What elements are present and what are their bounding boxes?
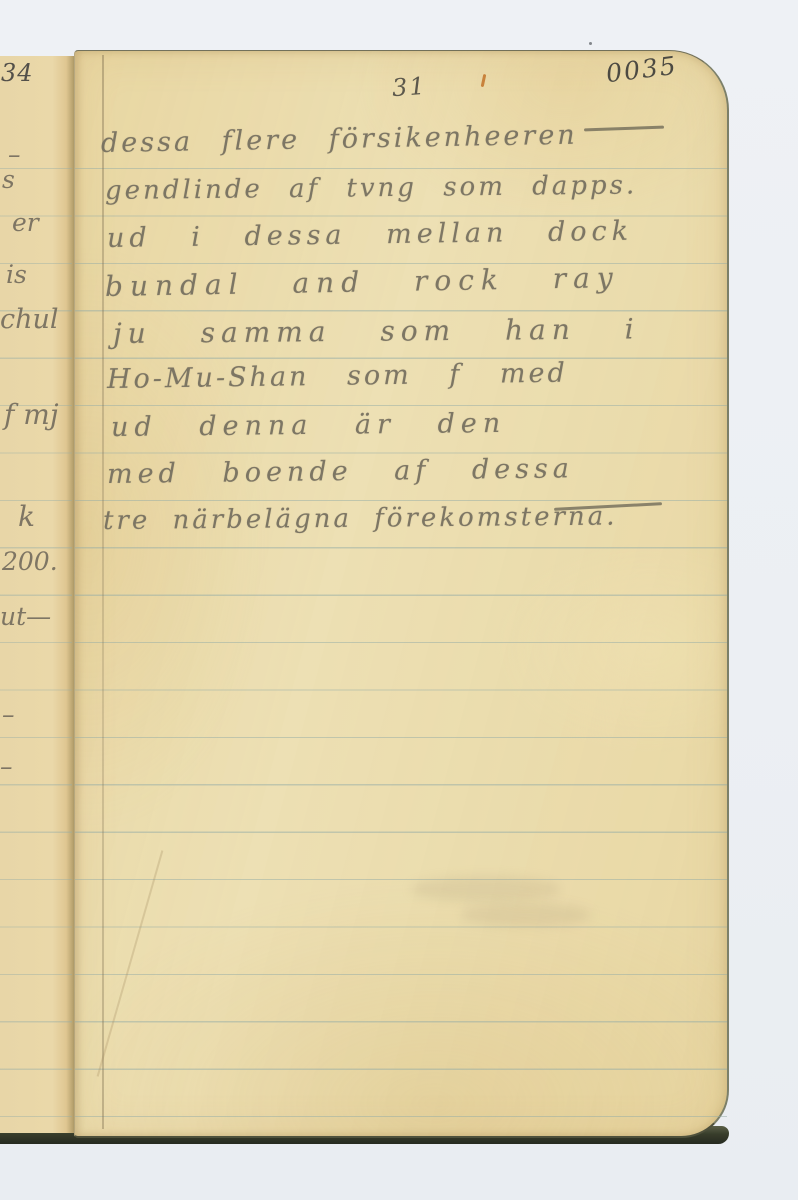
paper-fiber-speck — [481, 74, 486, 87]
handwritten-line: tre närbelägna förekomsterna. — [103, 502, 618, 536]
margin-text-fragment: – — [0, 752, 13, 781]
dust-speck — [589, 42, 592, 45]
margin-text-fragment: is — [6, 260, 27, 289]
binding-seam-line — [102, 55, 104, 1129]
pencil-stroke — [584, 126, 664, 131]
previous-page-edge: 34 – s er is chul f mj k 200. ut— – – — [0, 56, 77, 1133]
scanned-notebook-photo: 34 – s er is chul f mj k 200. ut— – – 31… — [0, 0, 798, 1200]
page-number: 31 — [391, 72, 427, 102]
handwritten-line: ju samma som han i — [113, 312, 640, 350]
previous-page-number: 34 — [1, 59, 34, 87]
ink-showthrough-smudge — [411, 876, 561, 902]
margin-text-fragment: 200. — [2, 547, 58, 576]
margin-text-fragment: er — [12, 208, 39, 237]
margin-text-fragment: ut— — [0, 602, 51, 631]
margin-text-fragment: f mj — [4, 398, 59, 431]
handwritten-line: Ho-Mu-Shan som f med — [107, 358, 568, 395]
handwritten-line: dessa flere försikenheeren — [101, 120, 578, 159]
margin-text-fragment: – — [2, 700, 15, 729]
handwritten-line: ud denna är den — [111, 408, 507, 443]
margin-text-fragment: chul — [0, 304, 59, 335]
notebook-page: 31 0035 dessa flere försikenheeren gendl… — [74, 50, 729, 1138]
archive-stamp-number: 0035 — [604, 51, 679, 89]
handwritten-line: med boende af dessa — [107, 453, 574, 490]
margin-text-fragment: s — [2, 165, 15, 194]
handwritten-line: gendlinde af tvng som dapps. — [105, 170, 638, 206]
ink-showthrough-smudge — [461, 903, 591, 927]
margin-text-fragment: k — [18, 500, 35, 533]
